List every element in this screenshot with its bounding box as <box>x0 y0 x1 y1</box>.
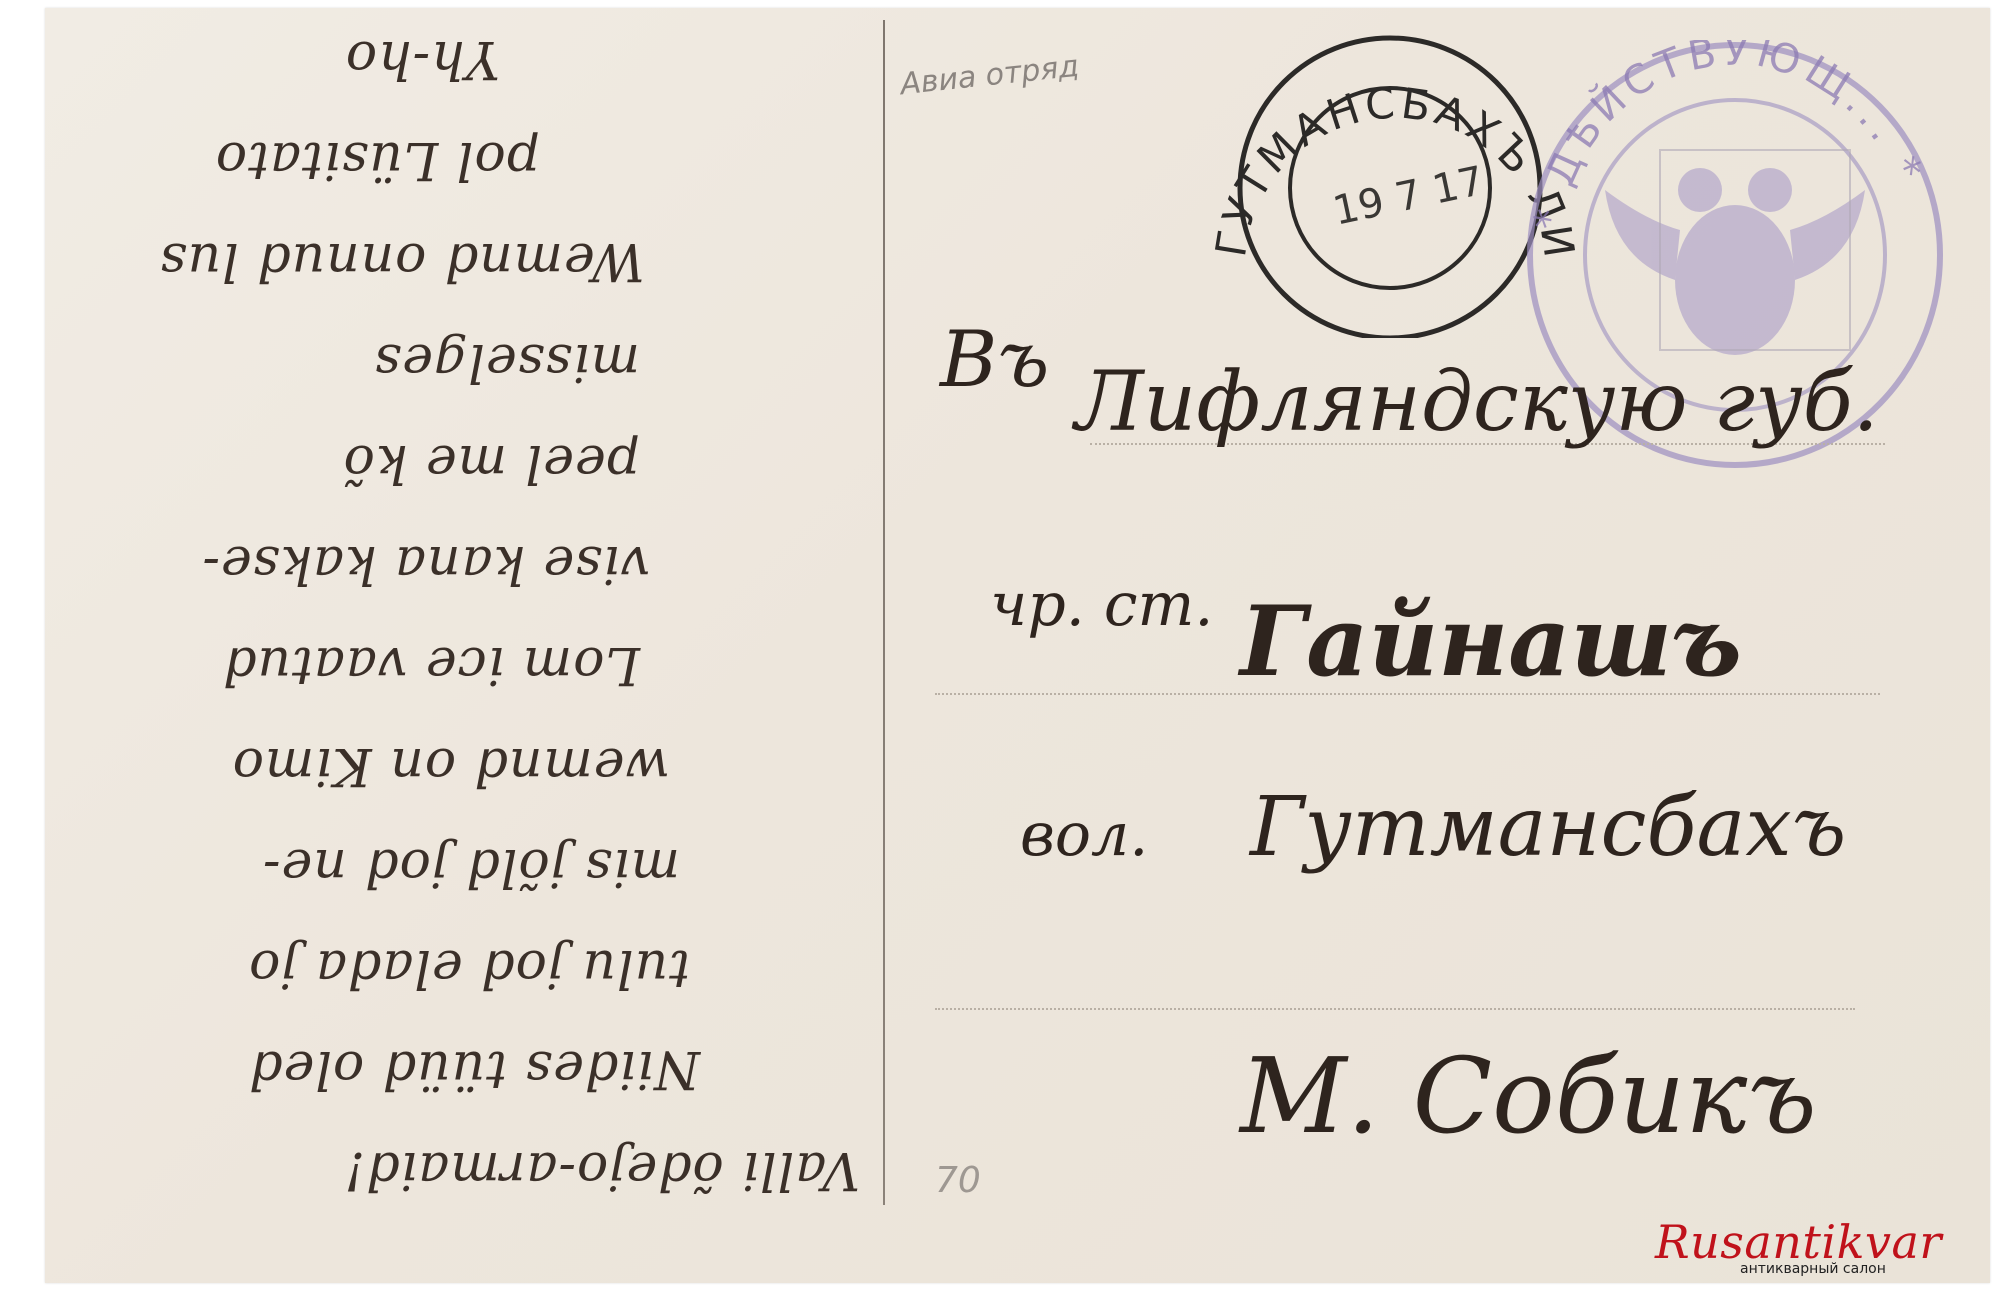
message-line: tulu jod elada jo <box>70 917 690 1018</box>
address-line-4: М. Собикъ <box>1240 1035 1817 1157</box>
address-prefix-1: Въ <box>940 315 1049 405</box>
message-line: Valli õdejo-armaid! <box>70 1119 860 1220</box>
svg-text:* ДѢЙСТВУЮЩ... *: * ДѢЙСТВУЮЩ... * <box>1525 40 1932 234</box>
message-line: Wemnd onnud lus <box>70 210 645 311</box>
address-prefix-3: вол. <box>1020 800 1148 870</box>
address-line <box>935 1008 1855 1010</box>
postmark-date: 19 7 17 <box>1329 158 1488 235</box>
address-line-1: Лифляндскую губ. <box>1075 355 1879 450</box>
message-line: Lom ice vaatud <box>70 614 640 715</box>
watermark: Rusantikvar антикварный салон <box>1655 1215 1942 1277</box>
pencil-note-bottom: 70 <box>935 1160 981 1201</box>
message-line: vise kana kakse- <box>70 513 650 614</box>
postcard-divider <box>883 20 885 1205</box>
message-line: peel me kõ misselges <box>70 311 640 513</box>
handwritten-message: Valli õdejo-armaid! Niides tüüd oled tul… <box>70 20 870 1220</box>
message-line: Yh-ho Aleksandr <box>70 0 500 109</box>
address-line-3: Гутмансбахъ <box>1250 780 1846 875</box>
message-line: mis jõld jod ne- <box>70 816 680 917</box>
message-line: pol Lüsitato <box>70 109 540 210</box>
message-line: Niides tüüd oled <box>70 1018 700 1119</box>
address-prefix-2: чр. ст. <box>990 570 1213 640</box>
message-line: wemnd on Kimo <box>70 715 670 816</box>
address-line-2: Гайнашъ <box>1240 585 1742 698</box>
